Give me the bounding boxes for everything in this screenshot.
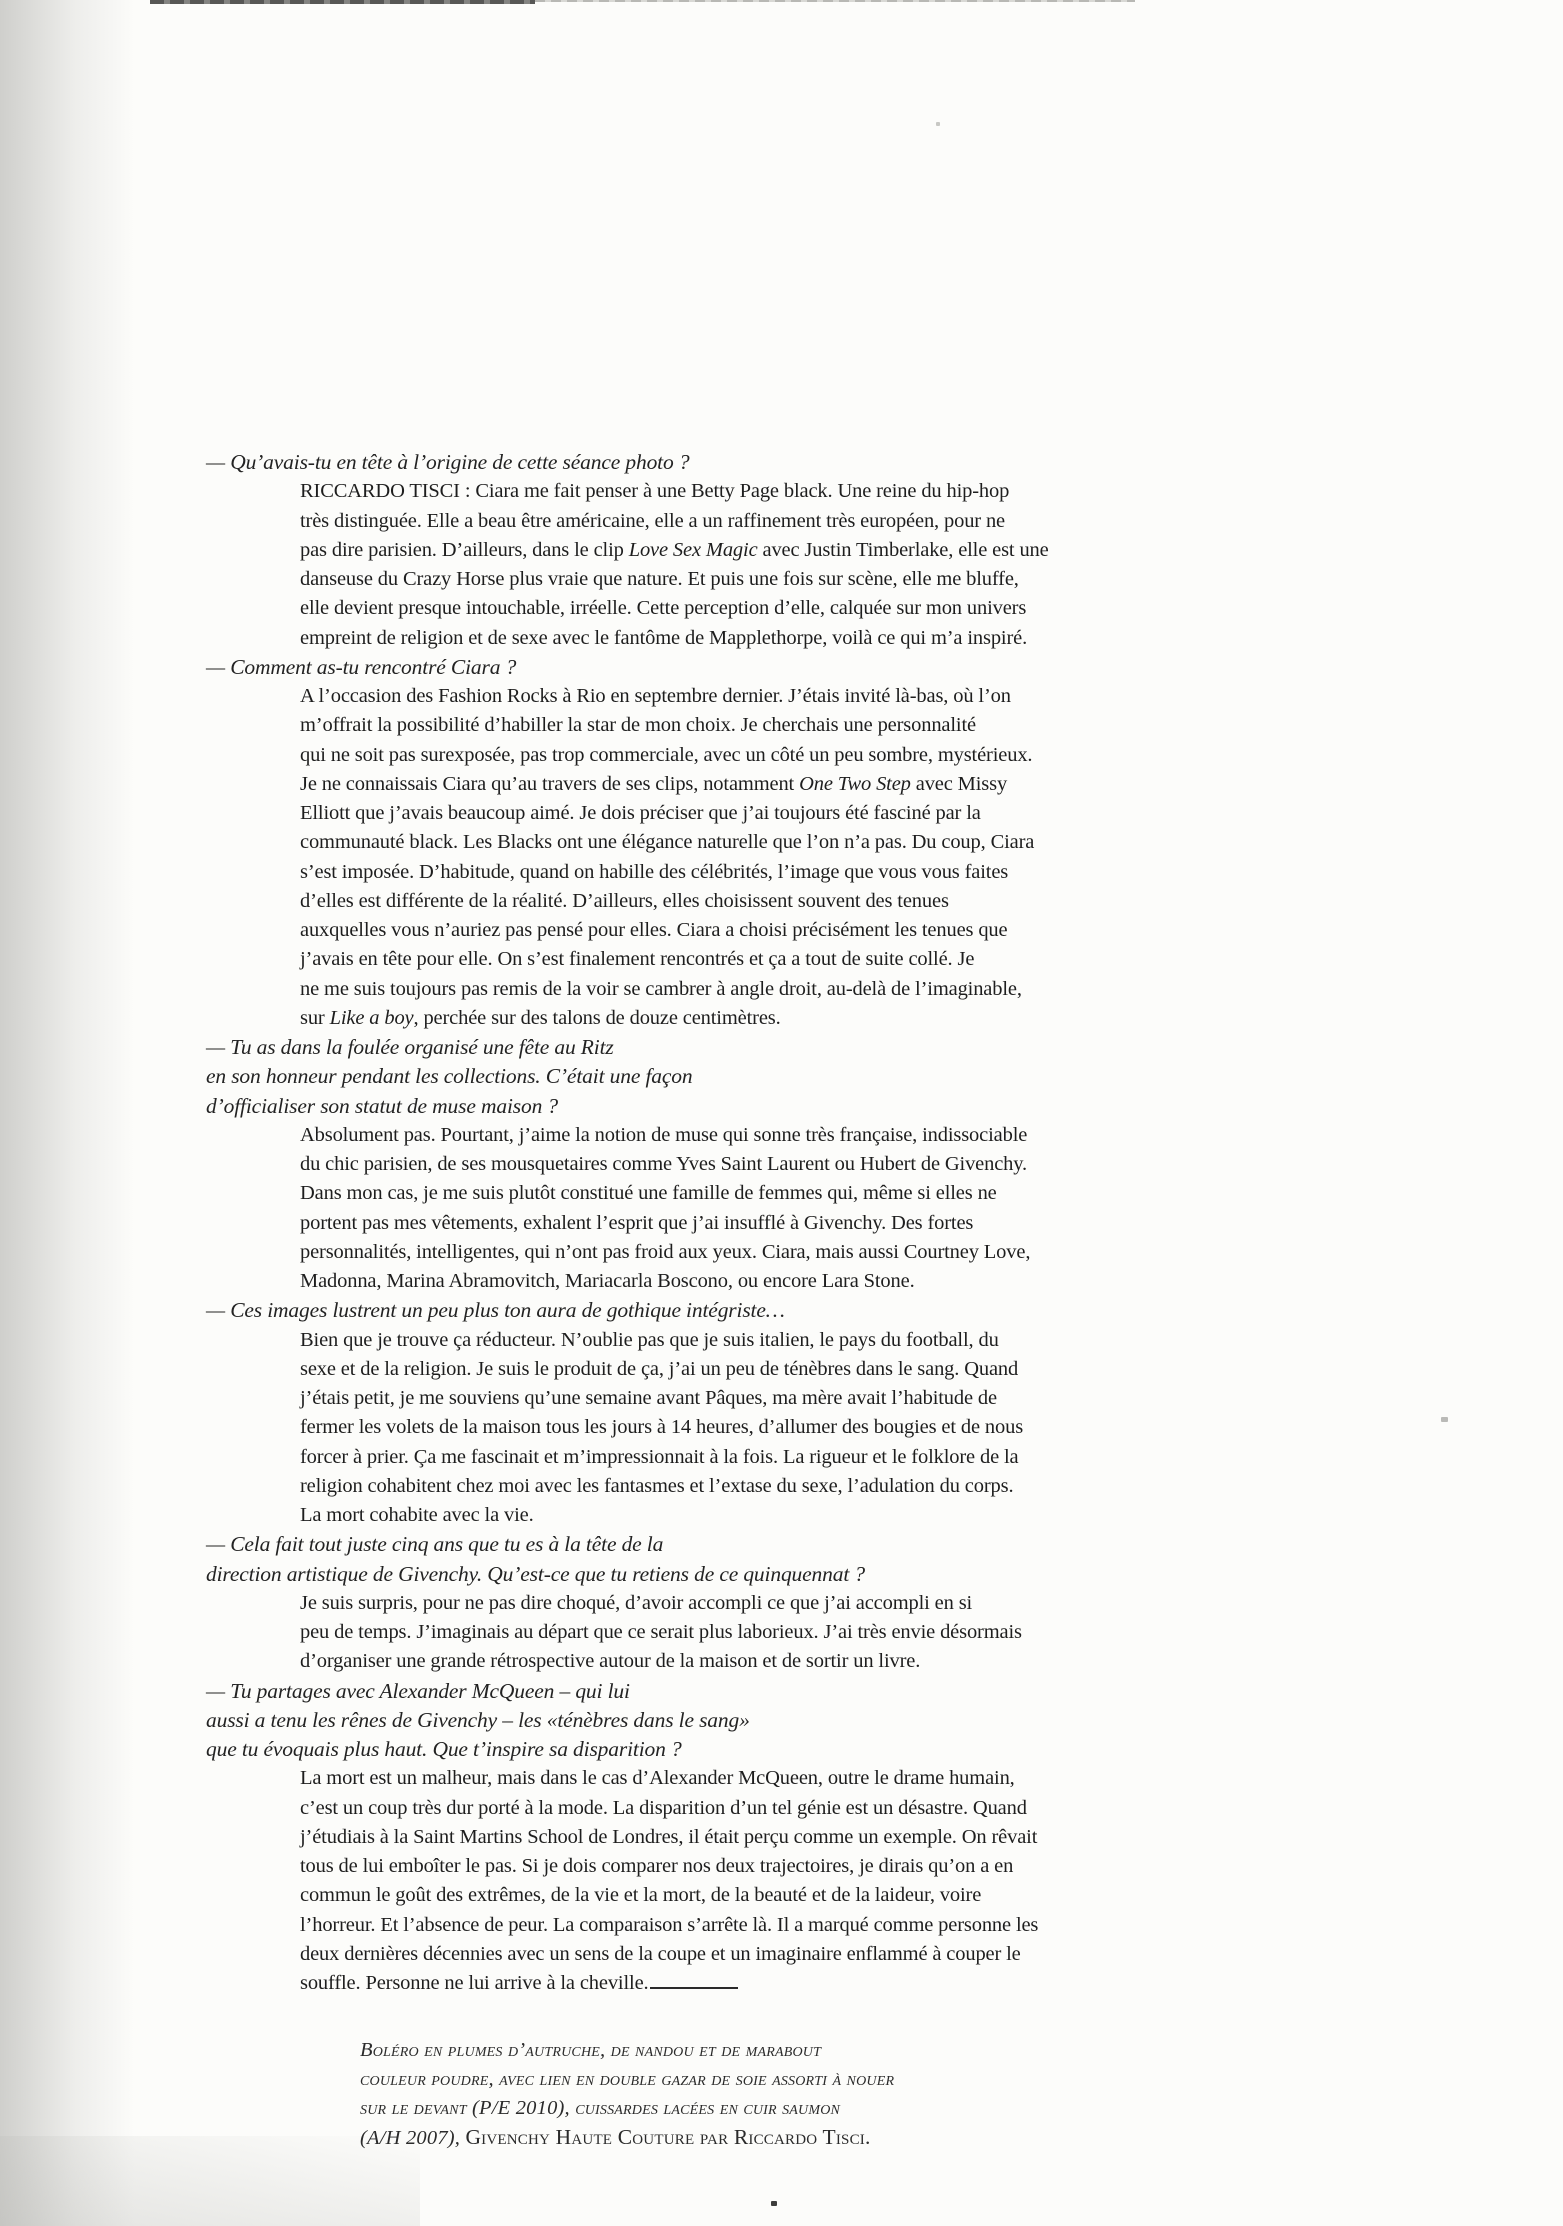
answer-line: RICCARDO TISCI : Ciara me fait penser à …	[300, 477, 1563, 506]
answer-line: c’est un coup très dur porté à la mode. …	[300, 1794, 1563, 1823]
interview-text: — Qu’avais-tu en tête à l’origine de cet…	[0, 448, 1563, 1998]
scan-speck	[936, 122, 940, 126]
answer-line: La mort cohabite avec la vie.	[300, 1501, 1563, 1530]
answer-line: d’elles est différente de la réalité. D’…	[300, 887, 1563, 916]
question-line: — Ces images lustrent un peu plus ton au…	[206, 1296, 1563, 1325]
caption-segment: (A/H 2007),	[360, 2127, 465, 2149]
answer-line: deux dernières décennies avec un sens de…	[300, 1940, 1563, 1969]
scan-top-edge-line	[150, 0, 535, 4]
answer-line: danseuse du Crazy Horse plus vraie que n…	[300, 565, 1563, 594]
answer-line: souffle. Personne ne lui arrive à la che…	[300, 1969, 1563, 1998]
magazine-page: — Qu’avais-tu en tête à l’origine de cet…	[0, 0, 1563, 2226]
answer-line: fermer les volets de la maison tous les …	[300, 1413, 1563, 1442]
answer-line: portent pas mes vêtements, exhalent l’es…	[300, 1209, 1563, 1238]
question-line: — Tu partages avec Alexander McQueen – q…	[206, 1677, 1563, 1706]
caption-line: couleur poudre, avec lien en double gaza…	[360, 2065, 894, 2094]
caption-line: Boléro en plumes d’autruche, de nandou e…	[360, 2036, 894, 2065]
question-line: — Comment as-tu rencontré Ciara ?	[206, 653, 1563, 682]
answer-line: communauté black. Les Blacks ont une élé…	[300, 828, 1563, 857]
question-line: que tu évoquais plus haut. Que t’inspire…	[206, 1735, 1563, 1764]
answer-line: d’organiser une grande rétrospective aut…	[300, 1647, 1563, 1676]
answer-line: peu de temps. J’imaginais au départ que …	[300, 1618, 1563, 1647]
caption-segment: sur le devant (P/E 2010), cuissardes lac…	[360, 2097, 840, 2119]
caption-line: sur le devant (P/E 2010), cuissardes lac…	[360, 2094, 894, 2123]
question-line: direction artistique de Givenchy. Qu’est…	[206, 1560, 1563, 1589]
answer-line: s’est imposée. D’habitude, quand on habi…	[300, 858, 1563, 887]
interview-answer: Absolument pas. Pourtant, j’aime la noti…	[300, 1121, 1563, 1297]
answer-line: Elliott que j’avais beaucoup aimé. Je do…	[300, 799, 1563, 828]
emphasized-title: One Two Step	[799, 773, 911, 795]
emphasized-title: Love Sex Magic	[629, 539, 758, 561]
answer-line: l’horreur. Et l’absence de peur. La comp…	[300, 1911, 1563, 1940]
caption-segment: Givenchy Haute Couture par Riccardo Tisc…	[465, 2125, 870, 2149]
photo-credit-caption: Boléro en plumes d’autruche, de nandou e…	[360, 2036, 894, 2152]
answer-line: j’étudiais à la Saint Martins School de …	[300, 1823, 1563, 1852]
end-rule	[650, 1985, 738, 1989]
answer-line: j’avais en tête pour elle. On s’est fina…	[300, 945, 1563, 974]
caption-segment: Boléro en plumes d’autruche, de nandou e…	[360, 2039, 821, 2061]
answer-line: A l’occasion des Fashion Rocks à Rio en …	[300, 682, 1563, 711]
answer-line: forcer à prier. Ça me fascinait et m’imp…	[300, 1443, 1563, 1472]
answer-line: sur Like a boy, perchée sur des talons d…	[300, 1004, 1563, 1033]
answer-line: très distinguée. Elle a beau être améric…	[300, 507, 1563, 536]
scan-top-edge-line-faint	[535, 0, 1135, 2]
answer-line: Dans mon cas, je me suis plutôt constitu…	[300, 1179, 1563, 1208]
answer-line: Je suis surpris, pour ne pas dire choqué…	[300, 1589, 1563, 1618]
interview-answer: RICCARDO TISCI : Ciara me fait penser à …	[300, 477, 1563, 653]
answer-line: pas dire parisien. D’ailleurs, dans le c…	[300, 536, 1563, 565]
interview-answer: Bien que je trouve ça réducteur. N’oubli…	[300, 1326, 1563, 1531]
question-line: aussi a tenu les rênes de Givenchy – les…	[206, 1706, 1563, 1735]
interview-question: — Cela fait tout juste cinq ans que tu e…	[206, 1530, 1563, 1589]
answer-line: j’étais petit, je me souviens qu’une sem…	[300, 1384, 1563, 1413]
answer-line: elle devient presque intouchable, irréel…	[300, 594, 1563, 623]
answer-line: qui ne soit pas surexposée, pas trop com…	[300, 741, 1563, 770]
answer-line: Absolument pas. Pourtant, j’aime la noti…	[300, 1121, 1563, 1150]
answer-line: religion cohabitent chez moi avec les fa…	[300, 1472, 1563, 1501]
interview-question: — Qu’avais-tu en tête à l’origine de cet…	[206, 448, 1563, 477]
scan-speck	[771, 2201, 777, 2206]
question-line: — Cela fait tout juste cinq ans que tu e…	[206, 1530, 1563, 1559]
emphasized-title: Like a boy	[330, 1007, 414, 1029]
answer-line: sexe et de la religion. Je suis le produ…	[300, 1355, 1563, 1384]
interview-question: — Comment as-tu rencontré Ciara ?	[206, 653, 1563, 682]
interview-question: — Tu partages avec Alexander McQueen – q…	[206, 1677, 1563, 1765]
caption-segment: couleur poudre, avec lien en double gaza…	[360, 2068, 894, 2090]
answer-line: du chic parisien, de ses mousquetaires c…	[300, 1150, 1563, 1179]
scan-bottom-edge-shadow	[0, 2136, 420, 2226]
question-line: — Tu as dans la foulée organisé une fête…	[206, 1033, 1563, 1062]
caption-line: (A/H 2007), Givenchy Haute Couture par R…	[360, 2123, 894, 2152]
answer-line: Bien que je trouve ça réducteur. N’oubli…	[300, 1326, 1563, 1355]
question-line: en son honneur pendant les collections. …	[206, 1062, 1563, 1091]
answer-line: Madonna, Marina Abramovitch, Mariacarla …	[300, 1267, 1563, 1296]
answer-line: auxquelles vous n’auriez pas pensé pour …	[300, 916, 1563, 945]
answer-line: Je ne connaissais Ciara qu’au travers de…	[300, 770, 1563, 799]
answer-line: commun le goût des extrêmes, de la vie e…	[300, 1881, 1563, 1910]
interview-answer: A l’occasion des Fashion Rocks à Rio en …	[300, 682, 1563, 1033]
answer-line: m’offrait la possibilité d’habiller la s…	[300, 711, 1563, 740]
answer-line: tous de lui emboîter le pas. Si je dois …	[300, 1852, 1563, 1881]
answer-line: ne me suis toujours pas remis de la voir…	[300, 975, 1563, 1004]
answer-line: personnalités, intelligentes, qui n’ont …	[300, 1238, 1563, 1267]
answer-line: La mort est un malheur, mais dans le cas…	[300, 1764, 1563, 1793]
question-line: — Qu’avais-tu en tête à l’origine de cet…	[206, 448, 1563, 477]
interview-answer: Je suis surpris, pour ne pas dire choqué…	[300, 1589, 1563, 1677]
interview-question: — Tu as dans la foulée organisé une fête…	[206, 1033, 1563, 1121]
interview-question: — Ces images lustrent un peu plus ton au…	[206, 1296, 1563, 1325]
interview-answer: La mort est un malheur, mais dans le cas…	[300, 1764, 1563, 1998]
question-line: d’officialiser son statut de muse maison…	[206, 1092, 1563, 1121]
answer-line: empreint de religion et de sexe avec le …	[300, 624, 1563, 653]
